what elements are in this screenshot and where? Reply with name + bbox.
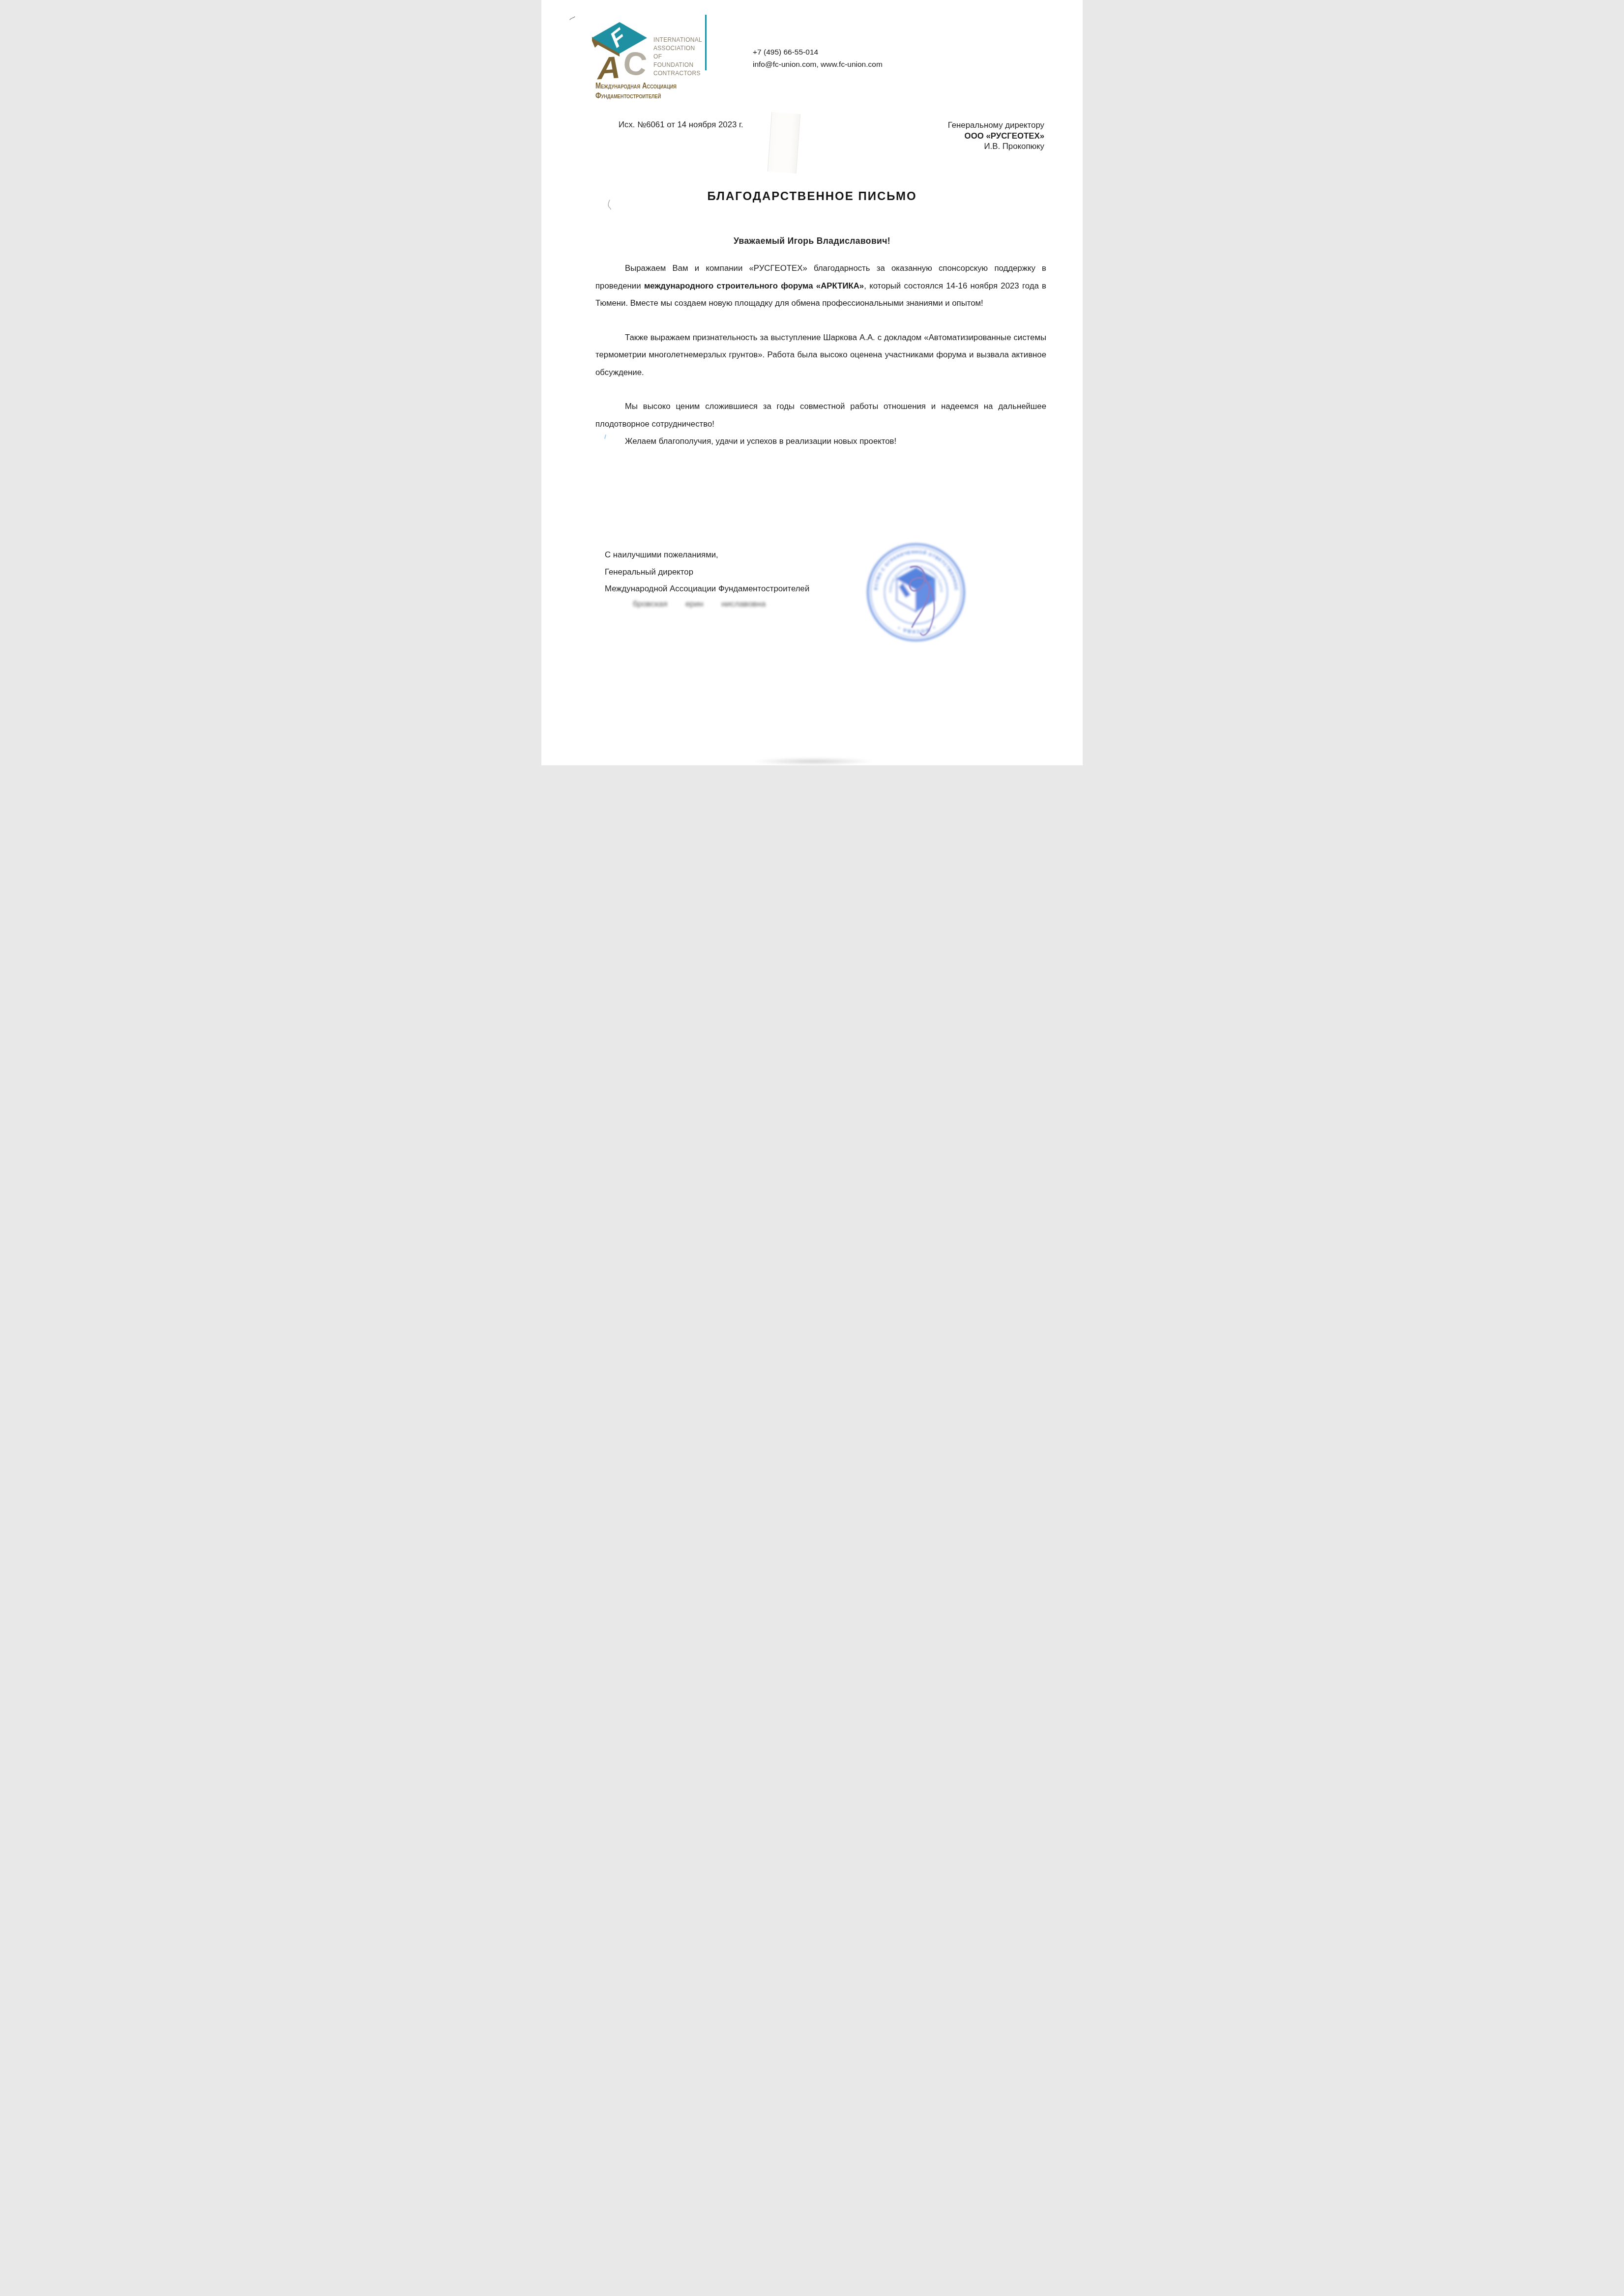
paragraph-1-bold: международного строительного форума «АРК… bbox=[644, 281, 864, 291]
signer-name-blurred: бровская ерин ниславовна bbox=[633, 600, 766, 609]
recipient-person: И.В. Прокопюку bbox=[948, 141, 1044, 152]
org-name-line1: Международная Ассоциация bbox=[595, 82, 677, 91]
round-stamp-seal: ОБЩЕСТВО С ОГРАНИЧЕННОЙ ОТВЕТСТВЕННОСТЬЮ… bbox=[863, 540, 969, 645]
paragraph-1: Выражаем Вам и компании «РУСГЕОТЕХ» благ… bbox=[595, 260, 1046, 312]
afc-cube-logo: F A C bbox=[590, 21, 649, 83]
cube-letter-c: C bbox=[621, 44, 649, 83]
email-website: info@fc-union.com, www.fc-union.com bbox=[753, 58, 883, 71]
paragraph-3: Мы высоко ценим сложившиеся за годы совм… bbox=[595, 398, 1046, 433]
scan-smudge-bottom bbox=[752, 757, 875, 765]
recipient-block: Генеральному директору ООО «РУСГЕОТЕХ» И… bbox=[948, 120, 1044, 152]
logo-caption-line: CONTRACTORS bbox=[653, 69, 703, 78]
letterhead-divider bbox=[705, 15, 707, 70]
pen-mark-near-title bbox=[606, 199, 613, 211]
org-name-russian: Международная Ассоциация Фундаментострои… bbox=[595, 82, 692, 101]
closing-line2: Генеральный директор bbox=[605, 564, 809, 581]
pen-mark-top-left bbox=[569, 15, 578, 22]
scanned-letter-page: F A C INTERNATIONAL ASSOCIATION OF FOUND… bbox=[541, 0, 1083, 765]
correction-tape-artifact bbox=[768, 112, 800, 174]
recipient-company: ООО «РУСГЕОТЕХ» bbox=[948, 131, 1044, 142]
logo-caption-line: INTERNATIONAL bbox=[653, 36, 703, 44]
logo-caption-line: ASSOCIATION OF bbox=[653, 44, 703, 61]
cube-letter-a: A bbox=[595, 49, 624, 83]
contact-block: +7 (495) 66-55-014 info@fc-union.com, ww… bbox=[753, 46, 883, 71]
outgoing-reference: Исх. №6061 от 14 ноября 2023 г. bbox=[619, 120, 743, 130]
org-name-line2: Фундаментостроителей bbox=[595, 91, 661, 101]
closing-block: С наилучшими пожеланиями, Генеральный ди… bbox=[605, 547, 809, 598]
phone-number: +7 (495) 66-55-014 bbox=[753, 46, 883, 58]
closing-line1: С наилучшими пожеланиями, bbox=[605, 547, 809, 564]
svg-text:C: C bbox=[621, 44, 649, 83]
letter-body: Выражаем Вам и компании «РУСГЕОТЕХ» благ… bbox=[595, 260, 1046, 450]
letter-title: БЛАГОДАРСТВЕННОЕ ПИСЬМО bbox=[541, 190, 1083, 203]
paragraph-2: Также выражаем признательность за выступ… bbox=[595, 329, 1046, 381]
recipient-position: Генеральному директору bbox=[948, 120, 1044, 131]
paragraph-4: Желаем благополучия, удачи и успехов в р… bbox=[595, 433, 1046, 450]
logo-caption: INTERNATIONAL ASSOCIATION OF FOUNDATION … bbox=[653, 36, 703, 78]
closing-line3: Международной Ассоциации Фундаментострои… bbox=[605, 581, 809, 598]
logo-caption-line: FOUNDATION bbox=[653, 61, 703, 69]
salutation: Уважаемый Игорь Владиславович! bbox=[541, 236, 1083, 246]
svg-text:A: A bbox=[595, 49, 624, 83]
